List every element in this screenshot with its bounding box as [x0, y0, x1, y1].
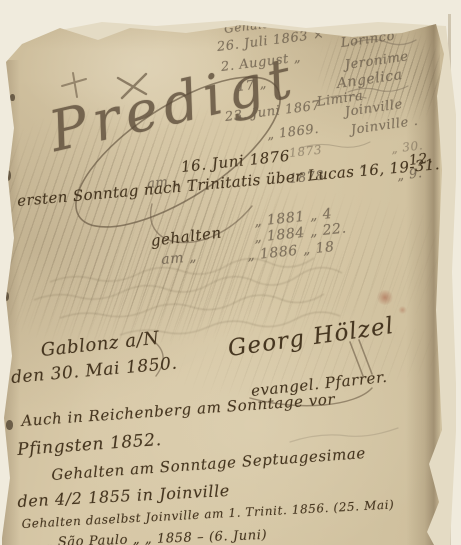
manuscript-page: Predigt Gehalten! 26. Juli 1863 × Lorinc… — [0, 0, 461, 545]
faint-pencil-note — [290, 428, 398, 442]
manuscript-line: am „ — [161, 249, 198, 268]
bleedthrough-line — [60, 294, 324, 318]
scanned-document: Predigt Gehalten! 26. Juli 1863 × Lorinc… — [0, 0, 461, 545]
